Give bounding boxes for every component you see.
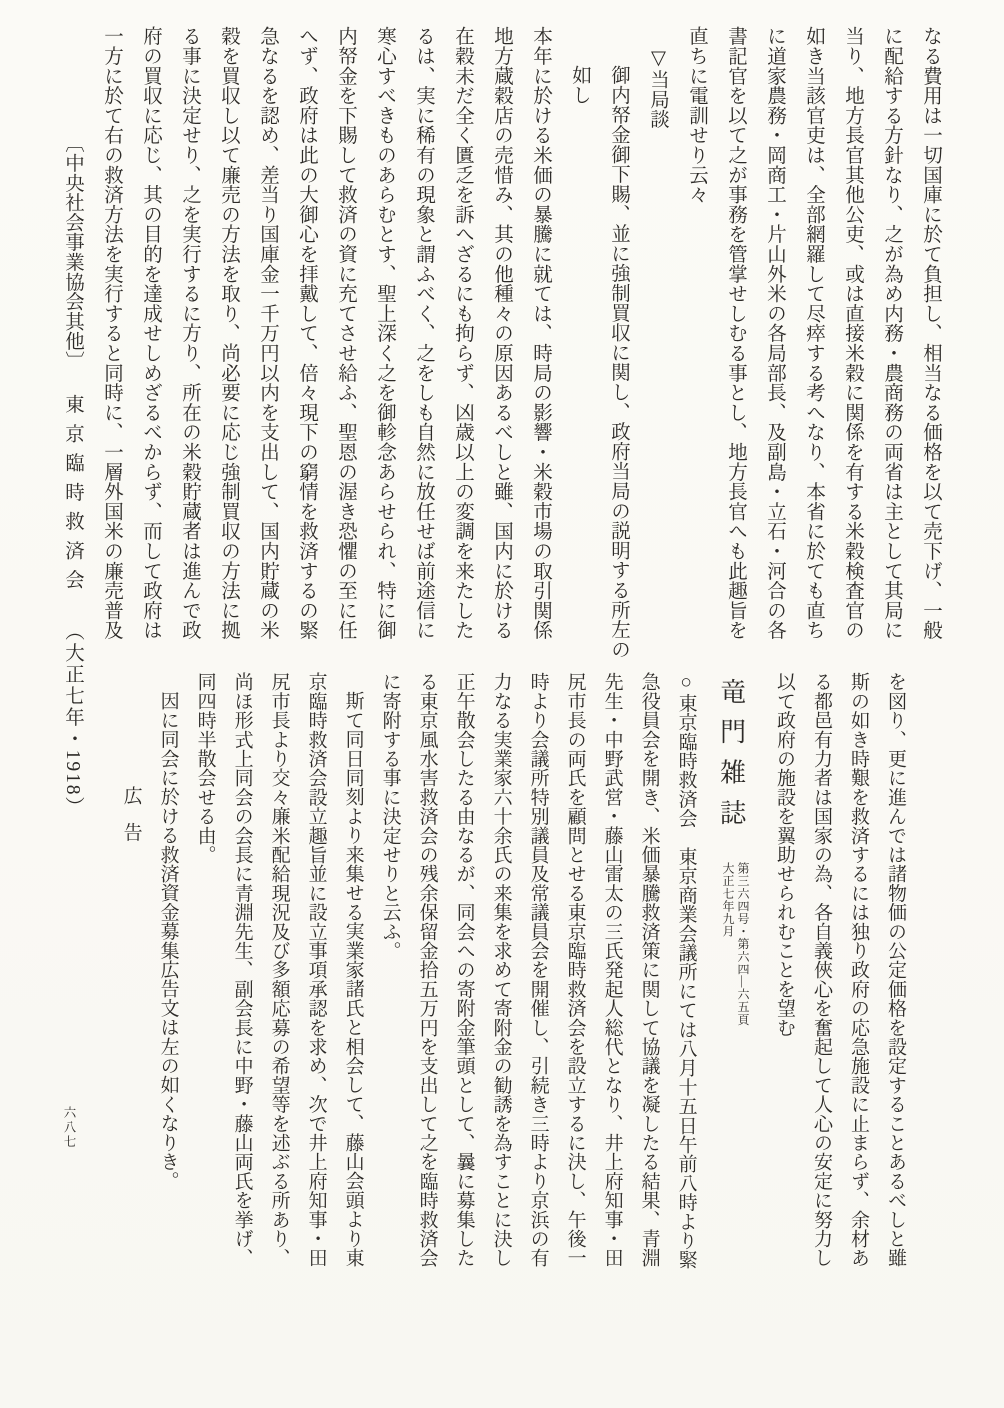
text-column: 御内帑金御下賜、並に強制買収に関し、政府当局の説明する所左の [599, 26, 638, 650]
source-citation: 〔中央社会事業協会其他〕 東京臨時救済会 （大正七年・1918） [53, 26, 92, 650]
text-column: るは、実に稀有の現象と謂ふべく、之をしも自然に放任せば前途信に [404, 26, 443, 650]
citation-source: 〔中央社会事業協会其他〕 [62, 133, 83, 371]
citation-title: 東京臨時救済会 [62, 394, 83, 599]
text-column: 急なるを認め、差当り国庫金一千万円以内を支出して、国内貯蔵の米 [248, 26, 287, 650]
text-column: る事に決定せり、之を実行するに方り、所在の米穀貯蔵者は進んで政 [170, 26, 209, 650]
text-column: 尻市長の両氏を顧問とせる東京臨時救済会を設立するに決し、午後一 [557, 672, 594, 1266]
text-column: 如き当該官吏は、全部網羅して尽瘁する考へなり、本省に於ても直ち [794, 26, 833, 650]
article-heading: 竜門雑誌 第三六四号・第六四―六五頁 大正七年九月 [713, 672, 750, 1266]
text-column: 斯の如き時艱を救済するには独り政府の応急施設に止まらず、余材あ [840, 672, 877, 1266]
text-column: 直ちに電訓せり云々 [677, 26, 716, 650]
article-title: 竜門雑誌 [717, 678, 746, 839]
text-column: 急役員会を開き、米価暴騰救済策に関して協議を凝したる結果、青淵 [631, 672, 668, 1266]
text-column: 斯て同日同刻より来集せる実業家諸氏と相会して、藤山会頭より東 [335, 672, 372, 1266]
text-column: 在穀未だ全く匱乏を訴へざるにも拘らず、凶歳以上の変調を来たした [443, 26, 482, 650]
text-column: 同四時半散会せる由。 [187, 672, 224, 1266]
text-column: る都邑有力者は国家の為、各自義俠心を奮起して人心の安定に努力し [803, 672, 840, 1266]
text-column: る東京風水害救済会の残余保留金拾五万円を支出して之を臨時救済会 [409, 672, 446, 1266]
ad-heading: 広告 [113, 672, 150, 1266]
text-column: 力なる実業家六十余氏の来集を求めて寄附金の勧誘を為すことに決し [483, 672, 520, 1266]
text-column: に寄附する事に決定せりと云ふ。 [372, 672, 409, 1266]
text-column: 因に同会に於ける救済資金募集広告文は左の如くなりき。 [150, 672, 187, 1266]
text-column: 地方蔵穀店の売惜み、其の他種々の原因あるべしと雖、国内に於ける [482, 26, 521, 650]
citation-year: （大正七年・1918） [62, 621, 83, 818]
top-text-block: なる費用は一切国庫に於て負担し、相当なる価格を以て売下げ、一般 に配給する方針な… [53, 26, 950, 650]
text-column: 京臨時救済会設立趣旨並に設立事項承認を求め、次で井上府知事・田 [298, 672, 335, 1266]
text-column: を図り、更に進んでは諸物価の公定価格を設定することあるべしと雖 [877, 672, 914, 1266]
text-column: 穀を買収し以て廉売の方法を取り、尚必要に応じ強制買収の方法に拠 [209, 26, 248, 650]
subheading-authority-statement: ▽当局談 [638, 26, 677, 650]
text-column: 本年に於ける米価の暴騰に就ては、時局の影響・米穀市場の取引関係 [521, 26, 560, 650]
text-column: 正午散会したる由なるが、同会への寄附金筆頭として、曩に募集した [446, 672, 483, 1266]
text-column: 一方に於て右の救済方法を実行すると同時に、一層外国米の廉売普及 [92, 26, 131, 650]
article-ref-issue: 第三六四号・第六四―六五頁 [735, 856, 750, 1026]
text-column: 内帑金を下賜して救済の資に充てさせ給ふ、聖恩の渥き恐懼の至に任 [326, 26, 365, 650]
page-number: 六八七 [60, 1106, 78, 1149]
text-column: へず、政府は此の大御心を拝戴して、倍々現下の窮情を救済するの緊 [287, 26, 326, 650]
text-column: 以て政府の施設を翼助せられむことを望む [766, 672, 803, 1266]
scanned-book-page: { "document": { "page_number": "六八七", "c… [0, 0, 1004, 1408]
text-column: に道家農務・岡商工・片山外米の各局部長、及副島・立石・河合の各 [755, 26, 794, 650]
bottom-text-block: を図り、更に進んでは諸物価の公定価格を設定することあるべしと雖 斯の如き時艱を救… [113, 672, 914, 1266]
text-column: 如し [560, 26, 599, 650]
text-column: 時より会議所特別議員及常議員会を開催し、引続き三時より京浜の有 [520, 672, 557, 1266]
article-ref-date: 大正七年九月 [720, 856, 735, 1026]
text-column: 尚ほ形式上同会の会長に青淵先生、副会長に中野・藤山両氏を挙げ、 [224, 672, 261, 1266]
text-column: ○東京臨時救済会 東京商業会議所にては八月十五日午前八時より緊 [668, 672, 705, 1266]
text-column: 先生・中野武営・藤山雷太の三氏発起人総代となり、井上府知事・田 [594, 672, 631, 1266]
article-reference: 第三六四号・第六四―六五頁 大正七年九月 [720, 856, 750, 1026]
text-column: 寒心すべきものあらむとす、聖上深く之を御軫念あらせられ、特に御 [365, 26, 404, 650]
text-column: 府の買収に応じ、其の目的を達成せしめざるべからず、而して政府は [131, 26, 170, 650]
text-column: に配給する方針なり、之が為め内務・農商務の両省は主として其局に [872, 26, 911, 650]
text-column: 当り、地方長官其他公吏、或は直接米穀に関係を有する米穀検査官の [833, 26, 872, 650]
text-column: 尻市長より交々廉米配給現況及び多額応募の希望等を述ぶる所あり、 [261, 672, 298, 1266]
text-column: なる費用は一切国庫に於て負担し、相当なる価格を以て売下げ、一般 [911, 26, 950, 650]
text-column: 書記官を以て之が事務を管掌せしむる事とし、地方長官へも此趣旨を [716, 26, 755, 650]
